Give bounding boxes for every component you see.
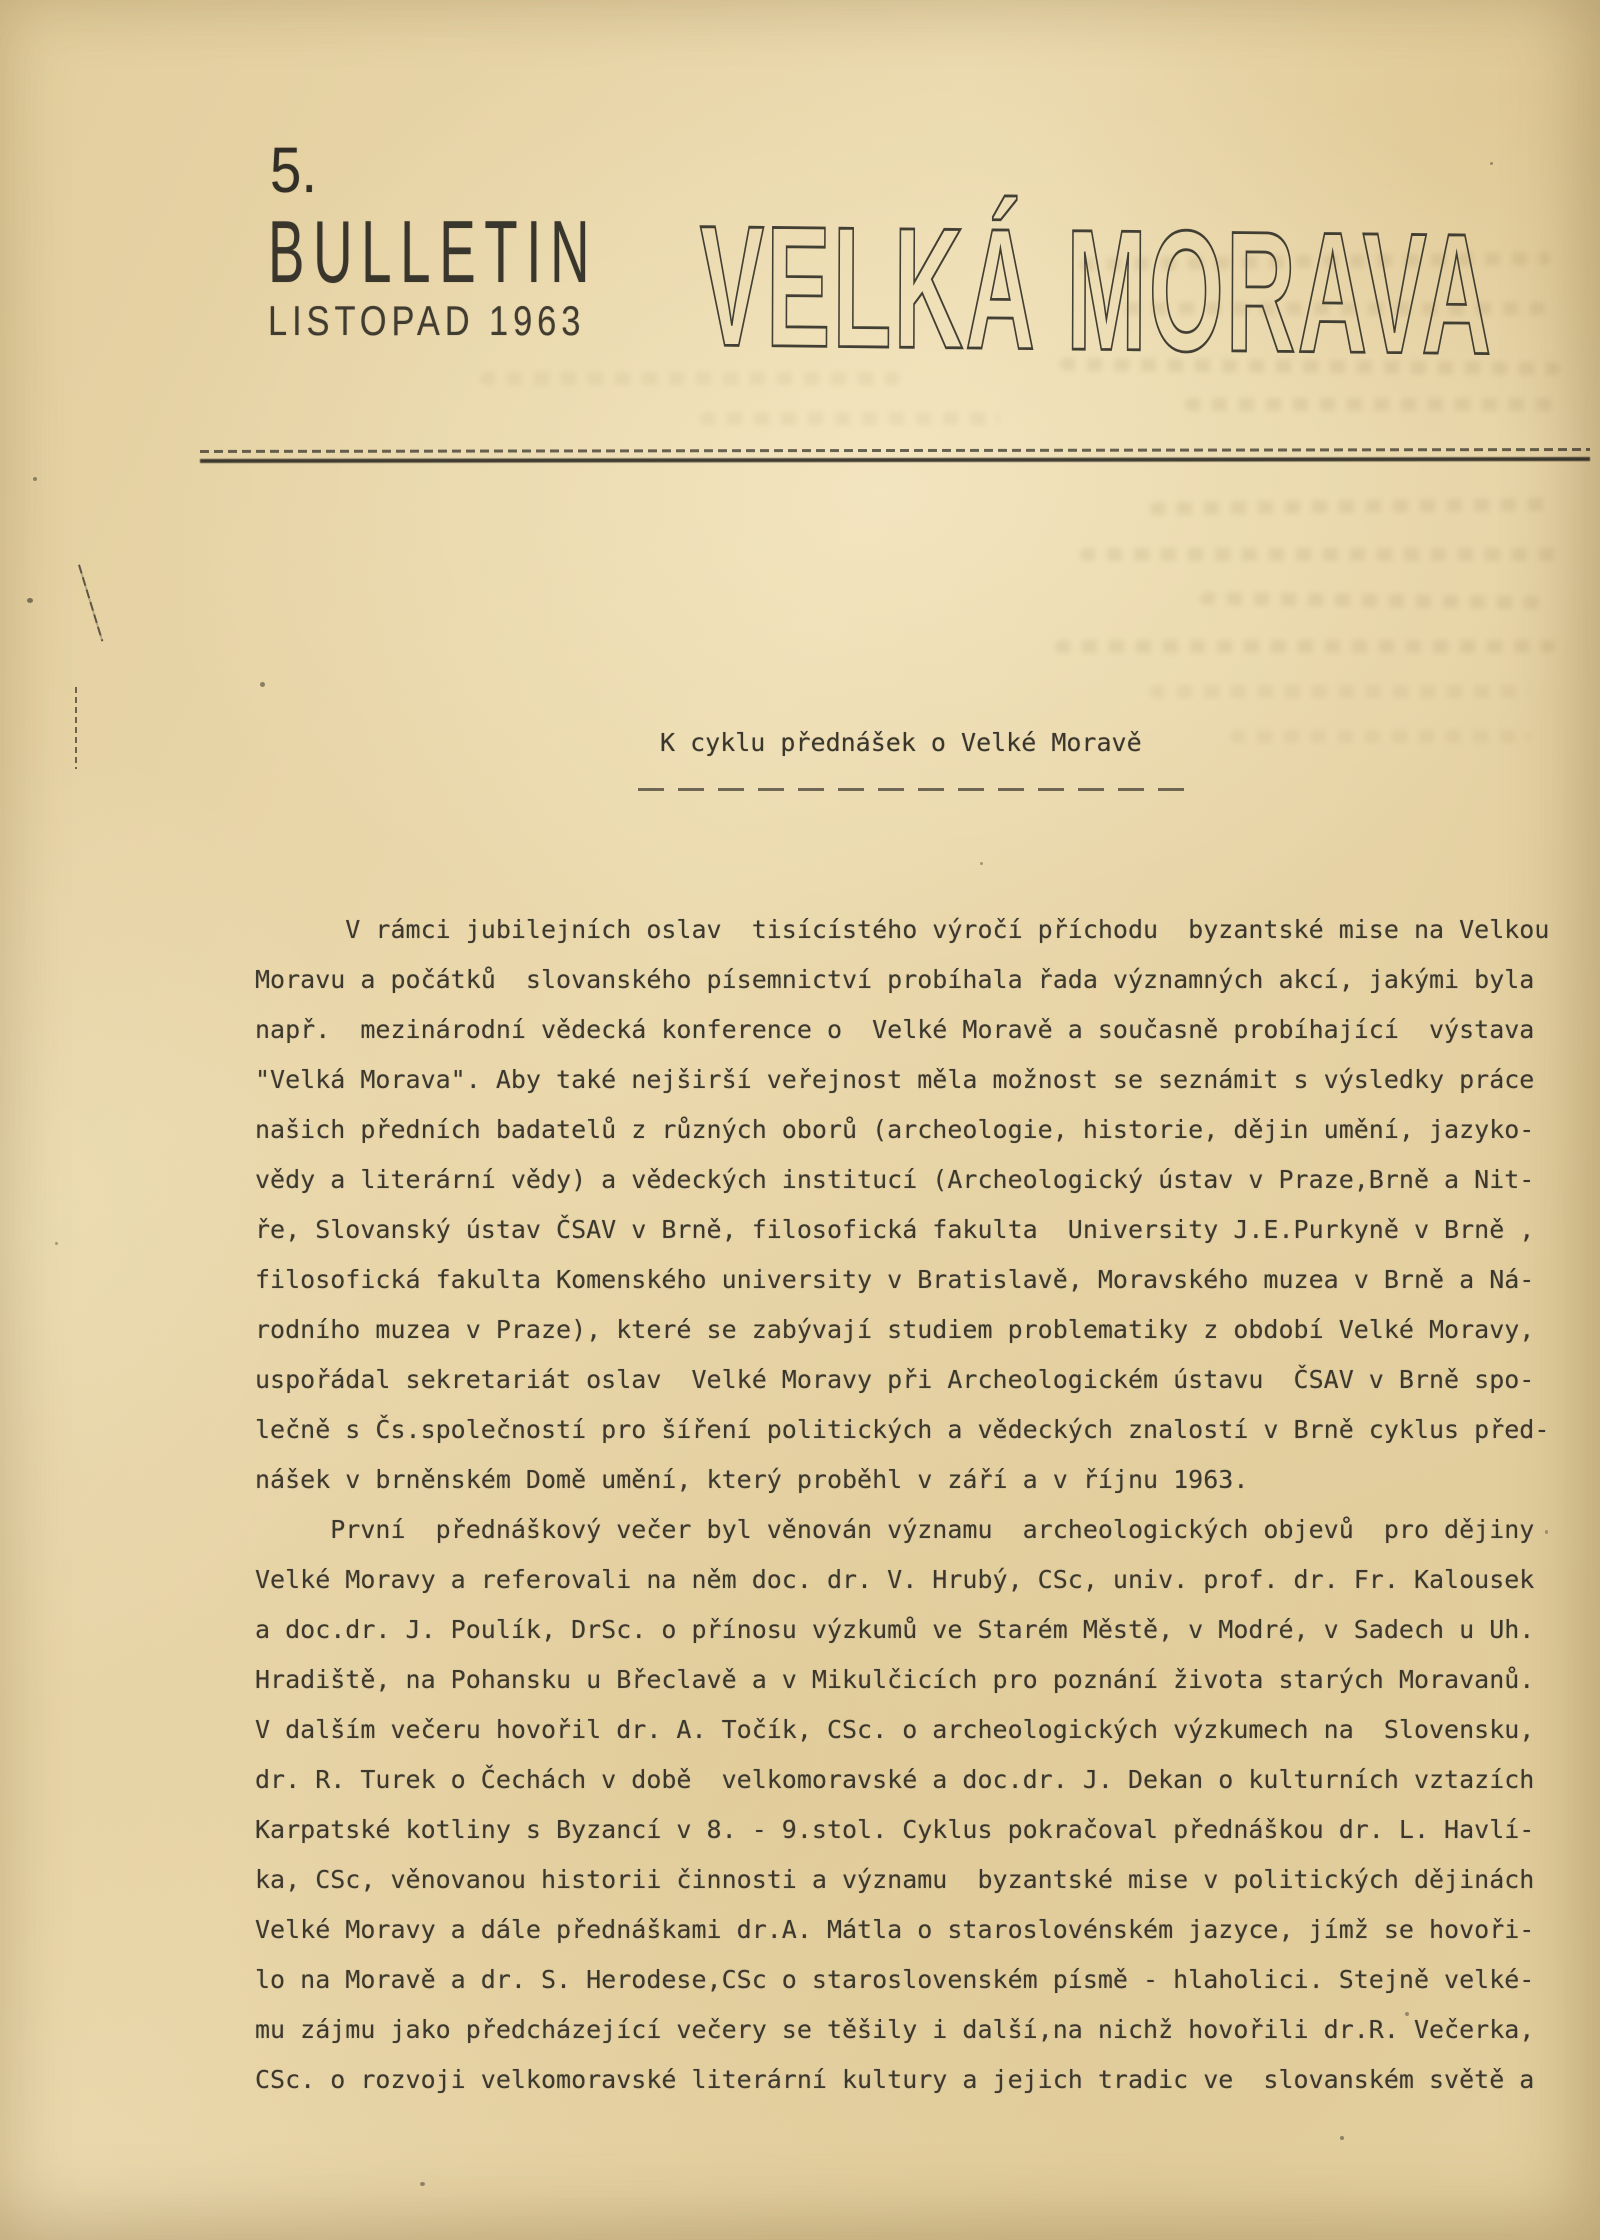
bleed-through-artifact xyxy=(1200,592,1540,609)
body-line: "Velká Morava". Aby také nejširší veřejn… xyxy=(255,1055,1565,1105)
bleed-through-artifact xyxy=(1185,398,1555,411)
body-line: mu zájmu jako předcházející večery se tě… xyxy=(255,2005,1565,2055)
ink-speck xyxy=(420,2182,425,2186)
body-line: lo na Moravě a dr. S. Herodese,CSc o sta… xyxy=(255,1955,1565,2005)
body-line: V rámci jubilejních oslav tisícístého vý… xyxy=(255,905,1565,955)
body-line: a doc.dr. J. Poulík, DrSc. o přínosu výz… xyxy=(255,1605,1565,1655)
bleed-through-artifact xyxy=(1150,685,1530,698)
body-line: lečně s Čs.společností pro šíření politi… xyxy=(255,1405,1565,1455)
body-line: vědy a literární vědy) a vědeckých insti… xyxy=(255,1155,1565,1205)
bleed-through-artifact xyxy=(1230,730,1530,743)
scanned-bulletin-page: 5. BULLETIN LISTOPAD 1963 VELKÁ MORAVA K… xyxy=(0,0,1600,2240)
body-line: Moravu a počátků slovanského písemnictví… xyxy=(255,955,1565,1005)
body-line: našich předních badatelů z různých oborů… xyxy=(255,1105,1565,1155)
body-line: např. mezinárodní vědecká konference o V… xyxy=(255,1005,1565,1055)
body-line: uspořádal sekretariát oslav Velké Moravy… xyxy=(255,1355,1565,1405)
masthead-title: BULLETIN xyxy=(268,208,598,296)
velka-morava-logo: VELKÁ MORAVA xyxy=(699,200,1493,381)
bleed-through-artifact xyxy=(1055,640,1555,653)
body-line: V dalším večeru hovořil dr. A. Točík, CS… xyxy=(255,1705,1565,1755)
bleed-through-artifact xyxy=(1150,498,1550,515)
heading-underline xyxy=(638,788,1186,791)
ink-speck xyxy=(1405,2012,1409,2016)
body-line: Velké Moravy a referovali na něm doc. dr… xyxy=(255,1555,1565,1605)
separator-rule-solid xyxy=(200,457,1590,463)
body-line: filosofická fakulta Komenského universit… xyxy=(255,1255,1565,1305)
body-line: Hradiště, na Pohansku u Břeclavě a v Mik… xyxy=(255,1655,1565,1705)
ink-speck xyxy=(980,862,983,865)
body-line: První přednáškový večer byl věnován význ… xyxy=(255,1505,1565,1555)
body-line: Velké Moravy a dále přednáškami dr.A. Má… xyxy=(255,1905,1565,1955)
ink-speck xyxy=(260,682,265,687)
body-line: nášek v brněnském Domě umění, který prob… xyxy=(255,1455,1565,1505)
ink-speck xyxy=(1545,1530,1548,1534)
stray-stroke-artifact xyxy=(78,564,103,641)
body-line: dr. R. Turek o Čechách v době velkomorav… xyxy=(255,1755,1565,1805)
bleed-through-artifact xyxy=(1080,548,1560,561)
bleed-through-artifact xyxy=(700,412,1000,425)
ink-speck xyxy=(55,1242,58,1245)
ink-speck xyxy=(1340,2136,1344,2140)
issue-number: 5. xyxy=(270,138,317,202)
article-heading: K cyklu přednášek o Velké Moravě xyxy=(660,727,1142,759)
body-line: CSc. o rozvoji velkomoravské literární k… xyxy=(255,2055,1565,2105)
masthead-date-line: LISTOPAD 1963 xyxy=(268,300,585,342)
article-body: V rámci jubilejních oslav tisícístého vý… xyxy=(255,905,1565,2105)
body-line: Karpatské kotliny s Byzancí v 8. - 9.sto… xyxy=(255,1805,1565,1855)
ink-speck xyxy=(27,598,33,603)
ink-speck xyxy=(33,477,37,481)
separator-rule xyxy=(200,448,1590,463)
separator-rule-dashed xyxy=(200,448,1590,453)
ink-speck xyxy=(1490,162,1493,165)
stray-tick-artifact xyxy=(75,687,77,769)
body-line: ře, Slovanský ústav ČSAV v Brně, filosof… xyxy=(255,1205,1565,1255)
body-line: rodního muzea v Praze), které se zabývaj… xyxy=(255,1305,1565,1355)
body-line: ka, CSc, věnovanou historii činnosti a v… xyxy=(255,1855,1565,1905)
